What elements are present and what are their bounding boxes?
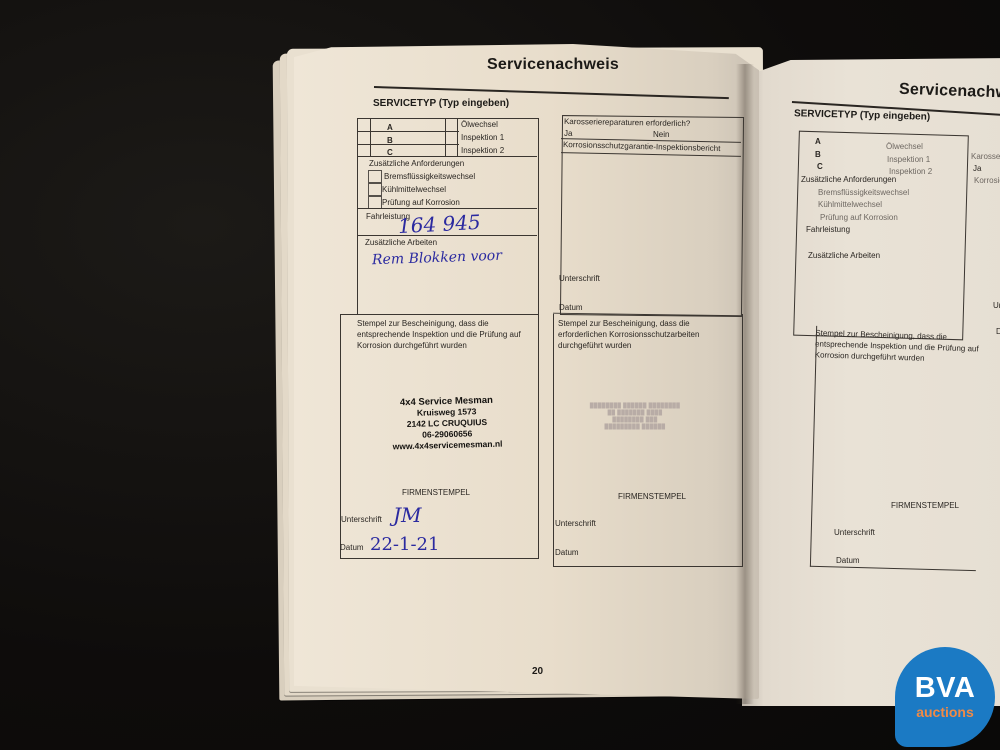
stamp-box-middle xyxy=(553,314,743,567)
right-company-stamp-label: FIRMENSTEMPEL xyxy=(891,501,959,510)
service-type-code-c: C xyxy=(387,148,393,157)
checkbox[interactable] xyxy=(368,170,382,183)
right-label-a: Ölwechsel xyxy=(886,142,923,151)
report-signature-label: Unterschrift xyxy=(559,274,600,283)
faded-stamp-impression: ████████ ██████ ██████████ ███████ █████… xyxy=(580,403,690,431)
additional-work-label: Zusätzliche Arbeiten xyxy=(365,238,437,247)
requirement-coolant: Kühlmittelwechsel xyxy=(382,185,446,194)
company-stamp-label: FIRMENSTEMPEL xyxy=(402,488,470,497)
checkbox[interactable] xyxy=(368,183,382,196)
service-type-heading: SERVICETYP (Typ eingeben) xyxy=(373,98,509,109)
service-type-label-c: Inspektion 2 xyxy=(461,146,504,155)
right-partial-label: Karosserie xyxy=(971,152,1000,161)
service-type-label-b: Inspektion 1 xyxy=(461,133,504,142)
right-additional-requirements-heading: Zusätzliche Anforderungen xyxy=(801,175,896,184)
right-partial-label: Un xyxy=(993,301,1000,310)
right-date-label: Datum xyxy=(836,556,860,565)
requirement-corrosion-check: Prüfung auf Korrosion xyxy=(382,198,460,207)
right-additional-work-label: Zusätzliche Arbeiten xyxy=(808,251,880,260)
right-requirement-corrosion-check: Prüfung auf Korrosion xyxy=(820,213,898,222)
page-number: 20 xyxy=(532,666,543,677)
middle-company-stamp-label: FIRMENSTEMPEL xyxy=(618,492,686,501)
stamp-instruction: Stempel zur Bescheinigung, dass die ents… xyxy=(357,318,535,351)
right-partial-label: Ja xyxy=(973,164,981,173)
corrosion-stamp-instruction: Stempel zur Bescheinigung, dass die erfo… xyxy=(558,318,738,351)
right-mileage-label: Fahrleistung xyxy=(806,225,850,234)
signature-label: Unterschrift xyxy=(341,515,382,524)
right-requirement-coolant: Kühlmittelwechsel xyxy=(818,200,882,209)
right-code-a: A xyxy=(815,137,821,146)
date-value: 22-1-21 xyxy=(370,534,439,555)
yes-option[interactable]: Ja xyxy=(564,129,572,138)
right-partial-label: Korrosion xyxy=(974,176,1000,185)
middle-date-label: Datum xyxy=(555,548,579,557)
page-title: Servicenachweis xyxy=(487,56,619,74)
right-signature-label: Unterschrift xyxy=(834,528,875,537)
service-type-label-a: Ölwechsel xyxy=(461,120,498,129)
logo-sub-text: auctions xyxy=(916,704,974,720)
no-option[interactable]: Nein xyxy=(653,130,669,139)
logo-main-text: BVA xyxy=(915,674,976,702)
right-partial-label: D xyxy=(996,327,1000,336)
service-type-code-b: B xyxy=(387,136,393,145)
company-stamp: 4x4 Service Mesman Kruisweg 1573 2142 LC… xyxy=(371,394,522,453)
requirement-brake-fluid: Bremsflüssigkeitswechsel xyxy=(384,172,475,181)
bva-auctions-logo: BVA auctions xyxy=(895,647,995,747)
date-label: Datum xyxy=(340,543,364,552)
right-code-b: B xyxy=(815,150,821,159)
right-requirement-brake-fluid: Bremsflüssigkeitswechsel xyxy=(818,188,909,197)
report-date-label: Datum xyxy=(559,303,583,312)
additional-requirements-heading: Zusätzliche Anforderungen xyxy=(369,159,464,168)
mileage-value: 164 945 xyxy=(397,210,481,238)
service-type-code-a: A xyxy=(387,123,393,132)
middle-signature-label: Unterschrift xyxy=(555,519,596,528)
right-label-b: Inspektion 1 xyxy=(887,155,930,164)
signature-value: JM xyxy=(393,503,422,527)
right-code-c: C xyxy=(817,162,823,171)
